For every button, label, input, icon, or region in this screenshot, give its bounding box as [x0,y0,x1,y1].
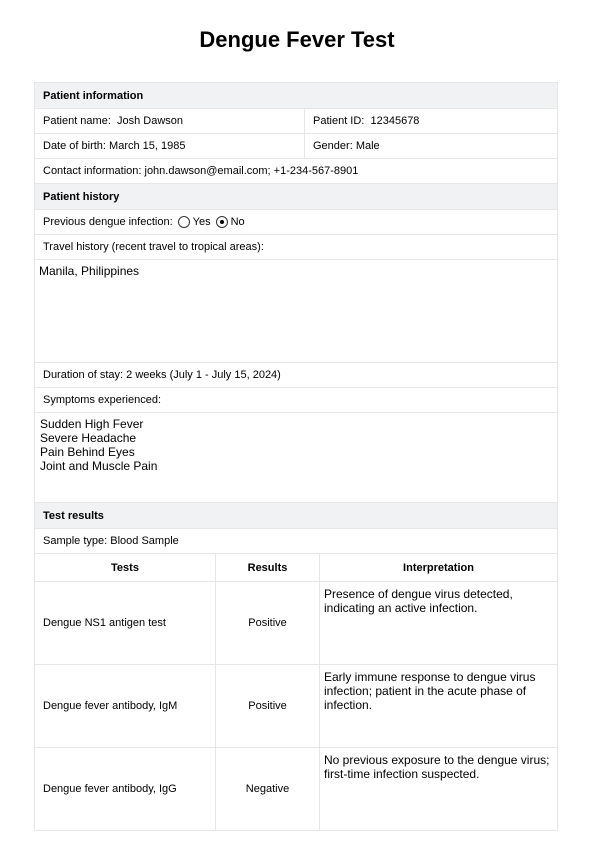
column-header-results: Results [216,554,320,582]
dengue-test-form: Patient information Patient name: Josh D… [34,82,558,831]
radio-no[interactable] [216,216,228,228]
gender-label: Gender: [313,140,353,152]
table-row: Dengue fever antibody, IgM Positive Earl… [35,665,557,748]
interpretation-cell[interactable]: Early immune response to dengue virus in… [320,665,558,748]
symptom-item: Pain Behind Eyes [40,445,553,459]
test-name-cell: Dengue fever antibody, IgG [35,748,216,831]
gender-value: Male [356,140,380,152]
patient-name-value: Josh Dawson [117,115,183,127]
travel-history-value: Manila, Philippines [39,264,139,278]
sample-type-field[interactable]: Sample type: Blood Sample [35,529,557,554]
table-row: Dengue NS1 antigen test Positive Presenc… [35,582,557,665]
dob-label: Date of birth: [43,140,106,152]
table-row: Dengue fever antibody, IgG Negative No p… [35,748,557,831]
symptoms-label: Symptoms experienced: [35,388,557,413]
previous-infection-label: Previous dengue infection: [43,216,173,228]
patient-name-field[interactable]: Patient name: Josh Dawson [35,109,305,133]
travel-history-label: Travel history (recent travel to tropica… [35,235,557,260]
symptom-item: Severe Headache [40,431,553,445]
duration-field[interactable]: Duration of stay: 2 weeks (July 1 - July… [35,363,557,388]
test-results-table: Tests Results Interpretation Dengue NS1 … [35,554,557,830]
duration-label: Duration of stay: [43,369,123,381]
test-name-cell: Dengue NS1 antigen test [35,582,216,665]
gender-field[interactable]: Gender: Male [305,134,380,158]
previous-infection-row: Previous dengue infection: Yes No [35,210,557,235]
duration-value: 2 weeks (July 1 - July 15, 2024) [126,369,281,381]
test-result-cell[interactable]: Positive [216,582,320,665]
sample-type-label: Sample type: [43,535,107,547]
test-name-cell: Dengue fever antibody, IgM [35,665,216,748]
test-result-cell[interactable]: Positive [216,665,320,748]
table-header-row: Tests Results Interpretation [35,554,557,582]
test-result-cell[interactable]: Negative [216,748,320,831]
travel-history-field[interactable]: Manila, Philippines [35,260,557,363]
symptom-item: Sudden High Fever [40,417,553,431]
sample-type-value: Blood Sample [110,535,179,547]
column-header-tests: Tests [35,554,216,582]
symptom-item: Joint and Muscle Pain [40,459,553,473]
column-header-interpretation: Interpretation [320,554,558,582]
section-header-test-results: Test results [35,503,557,529]
section-header-patient-history: Patient history [35,184,557,210]
radio-yes[interactable] [178,216,190,228]
dob-field[interactable]: Date of birth: March 15, 1985 [35,134,305,158]
patient-name-row: Patient name: Josh Dawson Patient ID: 12… [35,109,557,134]
contact-label: Contact information: [43,165,141,177]
interpretation-cell[interactable]: Presence of dengue virus detected, indic… [320,582,558,665]
symptoms-field[interactable]: Sudden High Fever Severe Headache Pain B… [35,413,557,503]
contact-value: john.dawson@email.com; +1-234-567-8901 [145,165,359,177]
page-title: Dengue Fever Test [0,27,594,53]
contact-field[interactable]: Contact information: john.dawson@email.c… [35,159,557,184]
radio-yes-label: Yes [193,216,211,228]
dob-value: March 15, 1985 [109,140,185,152]
patient-name-label: Patient name: [43,115,111,127]
dob-row: Date of birth: March 15, 1985 Gender: Ma… [35,134,557,159]
patient-id-label: Patient ID: [313,115,364,127]
patient-id-field[interactable]: Patient ID: 12345678 [305,109,419,133]
radio-no-label: No [231,216,245,228]
patient-id-value: 12345678 [370,115,419,127]
interpretation-cell[interactable]: No previous exposure to the dengue virus… [320,748,558,831]
section-header-patient-information: Patient information [35,83,557,109]
